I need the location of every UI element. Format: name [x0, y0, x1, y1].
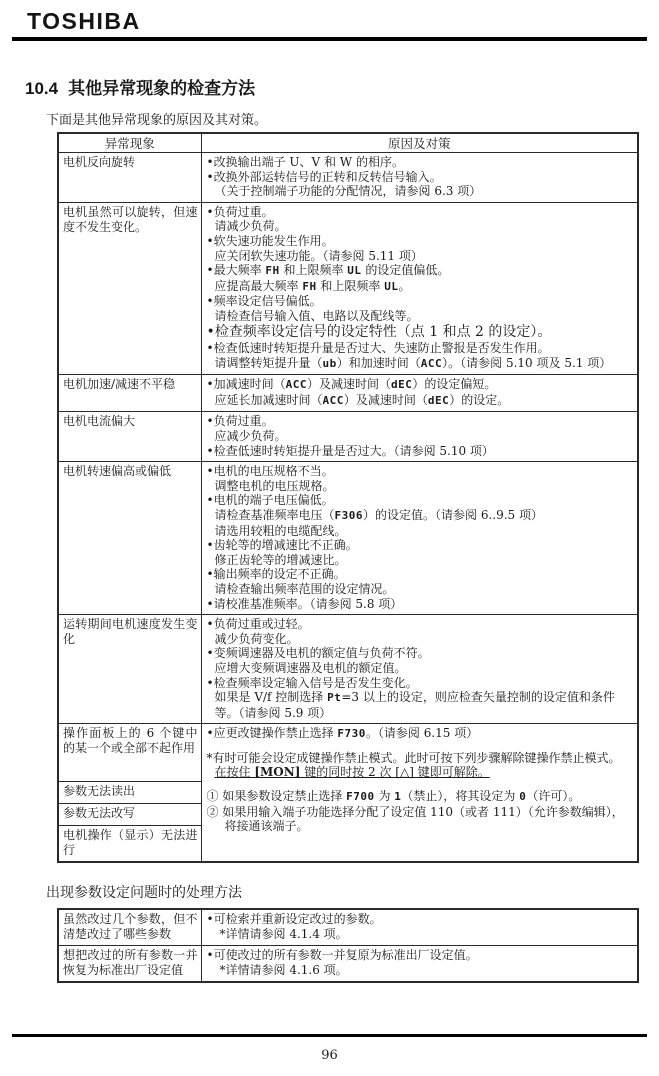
text-run: ）的设定值。（请参阅 6..9.5 项） [363, 508, 543, 522]
parameter-issues-table-container: 虽然改过几个参数，但不清楚改过了哪些参数•可检索并重新设定改过的参数。*详情请参… [0, 908, 659, 983]
phenomenon-cell: 电机操作（显示）无法进行 [58, 826, 201, 863]
cause-line: •改换输出端子 U、V 和 W 的相序。 [207, 155, 636, 170]
cause-line: •软失速功能发生作用。 [207, 234, 636, 249]
text-run: 的设定值偏低。 [362, 263, 450, 277]
phenomenon-cell: 虽然改过几个参数，但不清楚改过了哪些参数 [58, 909, 201, 946]
text-run: 请调整转矩提升量（ [215, 356, 323, 370]
text-run: （关于控制端子功能的分配情况，请参阅 6.3 项） [215, 184, 482, 198]
phenomenon-cell: 电机反向旋转 [58, 153, 201, 203]
table-row: 电机电流偏大•负荷过重。应减少负荷。•检查低速时转矩提升量是否过大。（请参阅 5… [58, 412, 638, 462]
cause-cell: •可检索并重新设定改过的参数。*详情请参阅 4.1.4 项。 [201, 909, 638, 946]
param-code: ACC [323, 394, 344, 407]
cause-cell: •负荷过重或过轻。减少负荷变化。•变频调速器及电机的额定值与负荷不符。应增大变频… [201, 615, 638, 724]
cause-line: *详情请参阅 4.1.4 项。 [207, 927, 636, 942]
troubleshooting-table: 异常现象原因及对策电机反向旋转•改换输出端子 U、V 和 W 的相序。•改换外部… [57, 132, 639, 863]
text-run: 如果是 V/f 控制选择 [215, 690, 328, 704]
text-run: •变频调速器及电机的额定值与负荷不符。 [207, 646, 430, 660]
cause-line: 应增大变频调速器及电机的额定值。 [207, 661, 636, 676]
text-run: ）的设定。 [449, 393, 509, 407]
cause-line: •频率设定信号偏低。 [207, 294, 636, 309]
cause-line: •可检索并重新设定改过的参数。 [207, 912, 636, 927]
text-run: （许可）。 [526, 789, 580, 803]
cause-line: •可使改过的所有参数一并复原为标准出厂设定值。 [207, 948, 636, 963]
cause-cell: •可使改过的所有参数一并复原为标准出厂设定值。*详情请参阅 4.1.6 项。 [201, 946, 638, 983]
section-heading: 10.4其他异常现象的检查方法 [25, 74, 659, 99]
text-run: ）及减速时间（ [344, 393, 428, 407]
cause-line: 请检查信号输入值、电路以及配线等。 [207, 309, 636, 324]
cause-line: 调整电机的电压规格。 [207, 479, 636, 494]
text-run: *有时可能会设定成键操作禁止模式。此时可按下列步骤解除键操作禁止模式。 [207, 751, 621, 765]
cause-line: •检查频率设定信号的设定特性（点 1 和点 2 的设定）。 [207, 324, 636, 342]
footer-rule [12, 1034, 647, 1037]
table-row: 电机反向旋转•改换输出端子 U、V 和 W 的相序。•改换外部运转信号的正转和反… [58, 153, 638, 203]
cause-line: •请校准基准频率。（请参阅 5.8 项） [207, 597, 636, 612]
text-run: •电机的电压规格不当。 [207, 464, 334, 478]
cause-line: 请选用较粗的电缆配线。 [207, 524, 636, 539]
text-run: •齿轮等的增减速比不正确。 [207, 538, 358, 552]
text-run: •频率设定信号偏低。 [207, 294, 322, 308]
header-rule [12, 37, 647, 41]
cause-line: 请调整转矩提升量（ub）和加速时间（ACC）。（请参阅 5.10 项及 5.1 … [207, 356, 636, 372]
phenomenon-cell: 参数无法改写 [58, 804, 201, 826]
cause-line: •负荷过重。 [207, 205, 636, 220]
section-number: 10.4 [25, 79, 58, 98]
cause-line: •检查频率设定输入信号是否发生变化。 [207, 676, 636, 691]
text-run: •检查频率设定信号的设定特性（点 1 和点 2 的设定）。 [207, 324, 552, 340]
phenomenon-cell: 电机电流偏大 [58, 412, 201, 462]
text-run: •检查低速时转矩提升量是否过大。（请参阅 5.10 项） [207, 444, 494, 458]
param-code: F700 [346, 790, 375, 803]
param-code: ACC [286, 378, 307, 391]
cause-line: 修正齿轮等的增减速比。 [207, 553, 636, 568]
phenomenon-cell: 电机加速/减速不平稳 [58, 375, 201, 412]
cause-line: 应关闭软失速功能。（请参阅 5.11 项） [207, 249, 636, 264]
param-code: dEC [428, 394, 449, 407]
text-run: ）及减速时间（ [307, 377, 391, 391]
cause-line: •改换外部运转信号的正转和反转信号输入。 [207, 170, 636, 185]
param-code: FH [265, 264, 279, 277]
cause-line: •检查低速时转矩提升量是否过大、失速防止警报是否发生作用。 [207, 341, 636, 356]
text-run: •改换外部运转信号的正转和反转信号输入。 [207, 170, 442, 184]
cause-cell: •改换输出端子 U、V 和 W 的相序。•改换外部运转信号的正转和反转信号输入。… [201, 153, 638, 203]
param-code: UL [384, 280, 398, 293]
cause-line: 在按住 [MON] 键的同时按 2 次 [△] 键即可解除。 [207, 765, 636, 780]
text-run: •检查低速时转矩提升量是否过大、失速防止警报是否发生作用。 [207, 341, 550, 355]
text-run: 和上限频率 [317, 279, 385, 293]
cause-line: •最大频率 FH 和上限频率 UL 的设定值偏低。 [207, 263, 636, 279]
text-run: •可使改过的所有参数一并复原为标准出厂设定值。 [207, 948, 478, 962]
cause-line: 请减少负荷。 [207, 219, 636, 234]
text-run: 请选用较粗的电缆配线。 [215, 524, 347, 538]
text-run: 键的同时按 2 次 [△] 键即可解除。 [300, 765, 489, 779]
text-run: *详情请参阅 4.1.4 项。 [220, 927, 348, 941]
text-run: •可检索并重新设定改过的参数。 [207, 912, 382, 926]
text-run: 减少负荷变化。 [215, 632, 299, 646]
cause-line: •负荷过重。 [207, 414, 636, 429]
text-run: （禁止），将其设定为 [401, 789, 519, 803]
cause-line: •应更改键操作禁止选择 F730。（请参阅 6.15 项） [207, 726, 636, 742]
table-header-row: 异常现象原因及对策 [58, 133, 638, 153]
cause-line: 请检查基准频率电压（F306）的设定值。（请参阅 6..9.5 项） [207, 508, 636, 524]
text-run: •最大频率 [207, 263, 266, 277]
cause-line: •电机的电压规格不当。 [207, 464, 636, 479]
param-code: F730 [337, 727, 366, 740]
cause-cell: •负荷过重。应减少负荷。•检查低速时转矩提升量是否过大。（请参阅 5.10 项） [201, 412, 638, 462]
cause-line: •输出频率的设定不正确。 [207, 567, 636, 582]
cause-line: （关于控制端子功能的分配情况，请参阅 6.3 项） [207, 184, 636, 199]
phenomenon-cell: 运转期间电机速度发生变化 [58, 615, 201, 724]
intro-text: 下面是其他异常现象的原因及其对策。 [46, 109, 659, 128]
text-run: 请减少负荷。 [215, 219, 287, 233]
cause-line: •加减速时间（ACC）及减速时间（dEC）的设定偏短。 [207, 377, 636, 393]
text-run: 调整电机的电压规格。 [215, 479, 335, 493]
troubleshooting-table-container: 异常现象原因及对策电机反向旋转•改换输出端子 U、V 和 W 的相序。•改换外部… [0, 132, 659, 863]
text-run: •加减速时间（ [207, 377, 286, 391]
text-run: ① 如果参数设定禁止选择 [207, 789, 347, 803]
text-run: 请检查信号输入值、电路以及配线等。 [215, 309, 419, 323]
toshiba-logo: TOSHIBA [27, 8, 659, 35]
phenomenon-cell: 操作面板上的 6 个键中的某一个或全部不起作用 [58, 724, 201, 782]
text-run: 和上限频率 [280, 263, 348, 277]
text-run: ）的设定偏短。 [412, 377, 496, 391]
text-run: •应更改键操作禁止选择 [207, 726, 338, 740]
text-run: 应增大变频调速器及电机的额定值。 [215, 661, 407, 675]
cause-cell: •加减速时间（ACC）及减速时间（dEC）的设定偏短。应延长加减速时间（ACC）… [201, 375, 638, 412]
text-run: 应减少负荷。 [215, 429, 287, 443]
text-run: •改换输出端子 U、V 和 W 的相序。 [207, 155, 404, 169]
phenomenon-cell: 电机虽然可以旋转，但速度不发生变化。 [58, 202, 201, 374]
text-run: 应延长加减速时间（ [215, 393, 323, 407]
text-run: ）和加速时间（ [337, 356, 421, 370]
table-row: 电机虽然可以旋转，但速度不发生变化。•负荷过重。请减少负荷。•软失速功能发生作用… [58, 202, 638, 374]
param-code: ACC [421, 357, 442, 370]
phenomenon-cell: 参数无法读出 [58, 782, 201, 804]
param-code: UL [347, 264, 361, 277]
table-row: 操作面板上的 6 个键中的某一个或全部不起作用•应更改键操作禁止选择 F730。… [58, 724, 638, 782]
section-title: 其他异常现象的检查方法 [68, 79, 255, 98]
table-row: 电机加速/减速不平稳•加减速时间（ACC）及减速时间（dEC）的设定偏短。应延长… [58, 375, 638, 412]
text-run: 在按住 [215, 765, 255, 779]
column-header: 原因及对策 [201, 133, 638, 153]
text-run: •软失速功能发生作用。 [207, 234, 334, 248]
cause-line: •变频调速器及电机的额定值与负荷不符。 [207, 646, 636, 661]
text-run: 请检查基准频率电压（ [215, 508, 335, 522]
column-header: 异常现象 [58, 133, 201, 153]
cause-line: ① 如果参数设定禁止选择 F700 为 1（禁止），将其设定为 0（许可）。 [207, 789, 636, 805]
text-run: •负荷过重。 [207, 414, 274, 428]
text-run: •输出频率的设定不正确。 [207, 567, 346, 581]
param-code: F306 [335, 509, 364, 522]
cause-line: •检查低速时转矩提升量是否过大。（请参阅 5.10 项） [207, 444, 636, 459]
subsection-title: 出现参数设定问题时的处理方法 [46, 882, 659, 902]
param-code: FH [302, 280, 316, 293]
cause-line: •齿轮等的增减速比不正确。 [207, 538, 636, 553]
text-run: 修正齿轮等的增减速比。 [215, 553, 347, 567]
cause-line: 减少负荷变化。 [207, 632, 636, 647]
cause-line: 应提高最大频率 FH 和上限频率 UL。 [207, 279, 636, 295]
text-run: 应提高最大频率 [215, 279, 303, 293]
text-run: 请检查输出频率范围的设定情况。 [215, 582, 395, 596]
cause-line: •负荷过重或过轻。 [207, 617, 636, 632]
text-run: 应关闭软失速功能。（请参阅 5.11 项） [215, 249, 423, 263]
cause-line: ② 如果用输入端子功能选择分配了设定值 110（或者 111）（允许参数编辑），… [207, 805, 636, 834]
param-code: Pt [327, 691, 341, 704]
cause-line: 应延长加减速时间（ACC）及减速时间（dEC）的设定。 [207, 393, 636, 409]
cause-cell: •应更改键操作禁止选择 F730。（请参阅 6.15 项）*有时可能会设定成键操… [201, 724, 638, 863]
table-row: 电机转速偏高或偏低•电机的电压规格不当。调整电机的电压规格。•电机的端子电压偏低… [58, 462, 638, 615]
parameter-issues-table: 虽然改过几个参数，但不清楚改过了哪些参数•可检索并重新设定改过的参数。*详情请参… [57, 908, 639, 983]
cause-line: •电机的端子电压偏低。 [207, 493, 636, 508]
phenomenon-cell: 想把改过的所有参数一并恢复为标准出厂设定值 [58, 946, 201, 983]
text-run: •请校准基准频率。（请参阅 5.8 项） [207, 597, 403, 611]
param-code: ub [323, 357, 337, 370]
text-run: [MON] [254, 765, 300, 779]
text-run: 。 [398, 279, 410, 293]
table-row: 想把改过的所有参数一并恢复为标准出厂设定值•可使改过的所有参数一并复原为标准出厂… [58, 946, 638, 983]
table-row: 运转期间电机速度发生变化•负荷过重或过轻。减少负荷变化。•变频调速器及电机的额定… [58, 615, 638, 724]
cause-line: *有时可能会设定成键操作禁止模式。此时可按下列步骤解除键操作禁止模式。 [207, 751, 636, 766]
cause-line: 应减少负荷。 [207, 429, 636, 444]
text-run: ）。（请参阅 5.10 项及 5.1 项） [442, 356, 611, 370]
cause-line: 请检查输出频率范围的设定情况。 [207, 582, 636, 597]
text-run: 为 [375, 789, 395, 803]
text-run: •负荷过重。 [207, 205, 274, 219]
text-run: •电机的端子电压偏低。 [207, 493, 334, 507]
cause-line: 如果是 V/f 控制选择 Pt=3 以上的设定，则应检查矢量控制的设定值和条件等… [207, 690, 636, 720]
text-run: *详情请参阅 4.1.6 项。 [220, 963, 348, 977]
cause-cell: •电机的电压规格不当。调整电机的电压规格。•电机的端子电压偏低。请检查基准频率电… [201, 462, 638, 615]
param-code: dEC [391, 378, 412, 391]
phenomenon-cell: 电机转速偏高或偏低 [58, 462, 201, 615]
text-run: •负荷过重或过轻。 [207, 617, 310, 631]
text-run: 。（请参阅 6.15 项） [366, 726, 478, 740]
text-run: ② 如果用输入端子功能选择分配了设定值 110（或者 111）（允许参数编辑），… [207, 805, 624, 834]
cause-line: *详情请参阅 4.1.6 项。 [207, 963, 636, 978]
page-number: 96 [0, 1048, 659, 1063]
cause-cell: •负荷过重。请减少负荷。•软失速功能发生作用。应关闭软失速功能。（请参阅 5.1… [201, 202, 638, 374]
text-run: •检查频率设定输入信号是否发生变化。 [207, 676, 418, 690]
table-row: 虽然改过几个参数，但不清楚改过了哪些参数•可检索并重新设定改过的参数。*详情请参… [58, 909, 638, 946]
